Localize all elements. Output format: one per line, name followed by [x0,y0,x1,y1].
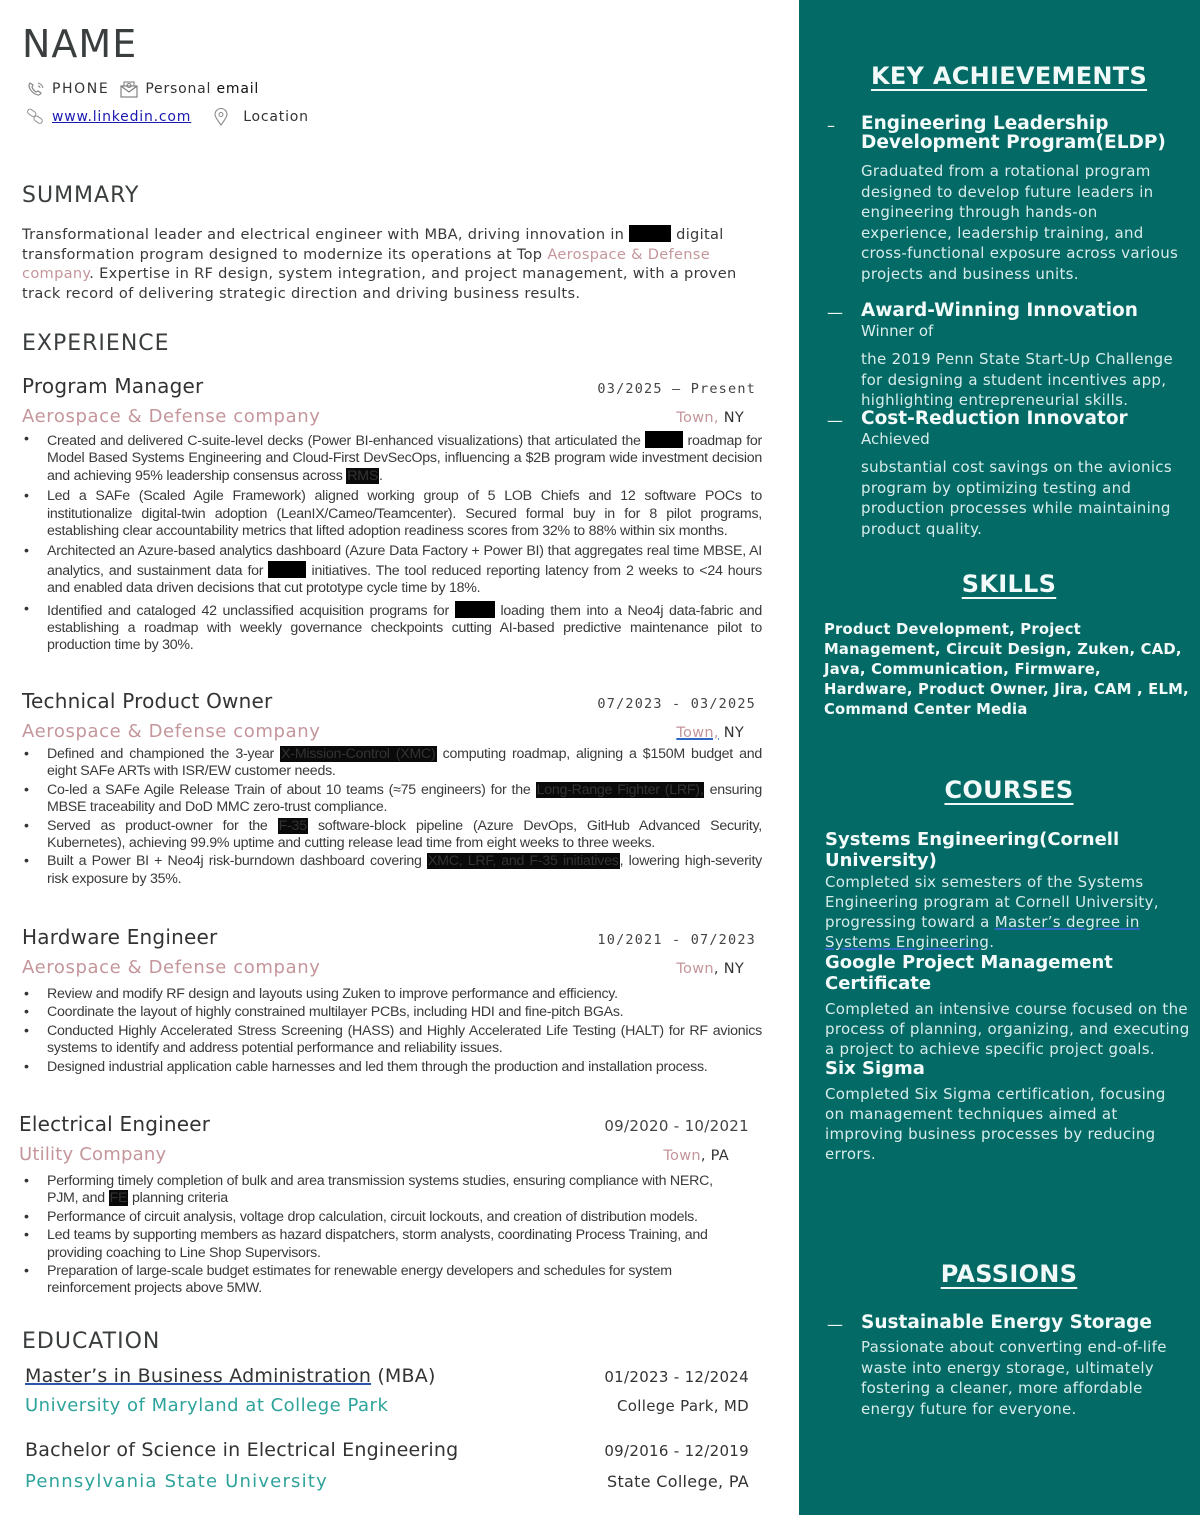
job-title: Electrical Engineer [19,1112,210,1136]
achievement-item: – Engineering Leadership Development Pro… [827,114,1187,284]
achievement-item: — Award-Winning Innovation Winner of the… [827,301,1187,411]
bullet-item: Architected an Azure-based analytics das… [22,543,762,597]
bullet-item: Conducted Highly Accelerated Stress Scre… [22,1023,762,1058]
courses-heading: COURSES [799,776,1200,804]
bullet-item: Performance of circuit analysis, voltage… [22,1209,739,1226]
company-name: Aerospace & Defense company [22,957,320,978]
course-body: Completed Six Sigma certification, focus… [825,1084,1190,1164]
school-name: University of Maryland at College Park [25,1395,388,1416]
school-location: State College, PA [607,1472,749,1491]
dash-bullet-icon: — [827,411,843,430]
education-item-bs: Bachelor of Science in Electrical Engine… [25,1439,749,1492]
job-electrical-engineer: Electrical Engineer 09/2020 - 10/2021 Ut… [19,1112,759,1299]
bullet-item: Co-led a SAFe Agile Release Train of abo… [22,782,762,817]
achievement-title: Award-Winning Innovation Winner of [861,301,1187,341]
job-hardware-engineer: Hardware Engineer 10/2021 - 07/2023 Aero… [22,925,762,1077]
candidate-name: NAME [22,22,137,66]
bullet-item: Coordinate the layout of highly constrai… [22,1004,762,1021]
passions-heading: PASSIONS [799,1260,1200,1288]
experience-heading: EXPERIENCE [22,331,170,356]
course-title: Six Sigma [825,1058,1190,1079]
job-location: Town, PA [663,1148,729,1164]
course-item: Google Project Management Certificate Co… [825,952,1190,1059]
email-prefix: Personal [145,81,211,97]
course-body: Completed an intensive course focused on… [825,999,1190,1059]
course-title: Systems Engineering(Cornell University) [825,829,1190,871]
job-location: Town, NY [676,961,744,977]
link-icon [26,108,46,126]
achievement-title: Engineering Leadership Development Progr… [861,114,1187,152]
passion-title: Sustainable Energy Storage [861,1313,1187,1332]
job-dates: 09/2020 - 10/2021 [604,1117,749,1135]
job-location: Town, NY [676,410,744,426]
skills-list: Product Development, Project Management,… [824,620,1189,720]
school-name: Pennsylvania State University [25,1471,328,1492]
company-name: Aerospace & Defense company [22,721,320,742]
dash-bullet-icon: – [827,116,835,135]
contact-row-1: PHONE Personal email [26,80,259,98]
job-title: Program Manager [22,374,203,398]
bullet-item: Served as product-owner for the F-35 sof… [22,818,762,853]
achievement-body: the 2019 Penn State Start-Up Challenge f… [861,349,1187,411]
passion-item: — Sustainable Energy Storage Passionate … [827,1313,1187,1419]
degree-dates: 09/2016 - 12/2019 [604,1442,749,1460]
bullet-item: Built a Power BI + Neo4j risk-burndown d… [22,853,762,888]
degree-dates: 01/2023 - 12/2024 [604,1368,749,1386]
job-title: Technical Product Owner [22,689,272,713]
dash-bullet-icon: — [827,303,843,322]
job-dates: 03/2025 – Present [597,381,756,397]
phone-icon [26,80,46,98]
achievement-item: — Cost-Reduction Innovator Achieved subs… [827,409,1187,539]
education-item-mba: Master’s in Business Administration (MBA… [25,1365,749,1416]
contact-row-2: www.linkedin.com Location [26,108,309,126]
course-item: Systems Engineering(Cornell University) … [825,829,1190,952]
main-column: NAME PHONE Personal email www.linkedin.c… [0,0,799,1515]
bullet-item: Identified and cataloged 42 unclassified… [22,601,762,655]
summary-heading: SUMMARY [22,183,139,208]
bullet-item: Created and delivered C-suite-level deck… [22,431,762,485]
achievement-body: Graduated from a rotational program desi… [861,161,1187,284]
job-dates: 07/2023 - 03/2025 [597,696,756,712]
school-location: College Park, MD [617,1397,749,1415]
achievement-body: substantial cost savings on the avionics… [861,457,1187,539]
course-body: Completed six semesters of the Systems E… [825,872,1190,952]
job-technical-product-owner: Technical Product Owner 07/2023 - 03/202… [22,689,762,889]
email-icon [119,80,139,98]
achievement-title: Cost-Reduction Innovator Achieved [861,409,1187,449]
course-item: Six Sigma Completed Six Sigma certificat… [825,1058,1190,1164]
location-pin-icon [211,108,231,126]
course-title: Google Project Management Certificate [825,952,1190,994]
dash-bullet-icon: — [827,1315,843,1334]
passion-body: Passionate about converting end-of-life … [861,1337,1187,1419]
linkedin-link[interactable]: www.linkedin.com [52,109,191,125]
degree-name: Master’s in Business Administration (MBA… [25,1365,436,1387]
bullet-item: Performing timely completion of bulk and… [22,1173,739,1208]
education-heading: EDUCATION [22,1329,160,1354]
location-text: Location [243,109,309,125]
phone-text: PHONE [52,81,109,97]
bullet-item: Defined and championed the 3-year X-Miss… [22,746,762,781]
email-text[interactable]: email [217,81,260,97]
bullet-item: Review and modify RF design and layouts … [22,986,762,1003]
job-title: Hardware Engineer [22,925,217,949]
summary-text: Transformational leader and electrical e… [22,225,762,303]
bullet-item: Preparation of large-scale budget estima… [22,1263,739,1298]
bullet-item: Designed industrial application cable ha… [22,1059,762,1076]
company-name: Utility Company [19,1144,166,1165]
sidebar: KEY ACHIEVEMENTS – Engineering Leadershi… [799,0,1200,1515]
key-achievements-heading: KEY ACHIEVEMENTS [799,62,1200,90]
bullet-item: Led teams by supporting members as hazar… [22,1227,739,1262]
job-location: Town, NY [676,725,744,741]
skills-heading: SKILLS [799,570,1200,598]
job-dates: 10/2021 - 07/2023 [597,932,756,948]
company-name: Aerospace & Defense company [22,406,320,427]
redacted-block [629,225,671,242]
bullet-item: Led a SAFe (Scaled Agile Framework) alig… [22,488,762,540]
degree-name: Bachelor of Science in Electrical Engine… [25,1439,458,1461]
job-program-manager: Program Manager 03/2025 – Present Aerosp… [22,374,762,658]
